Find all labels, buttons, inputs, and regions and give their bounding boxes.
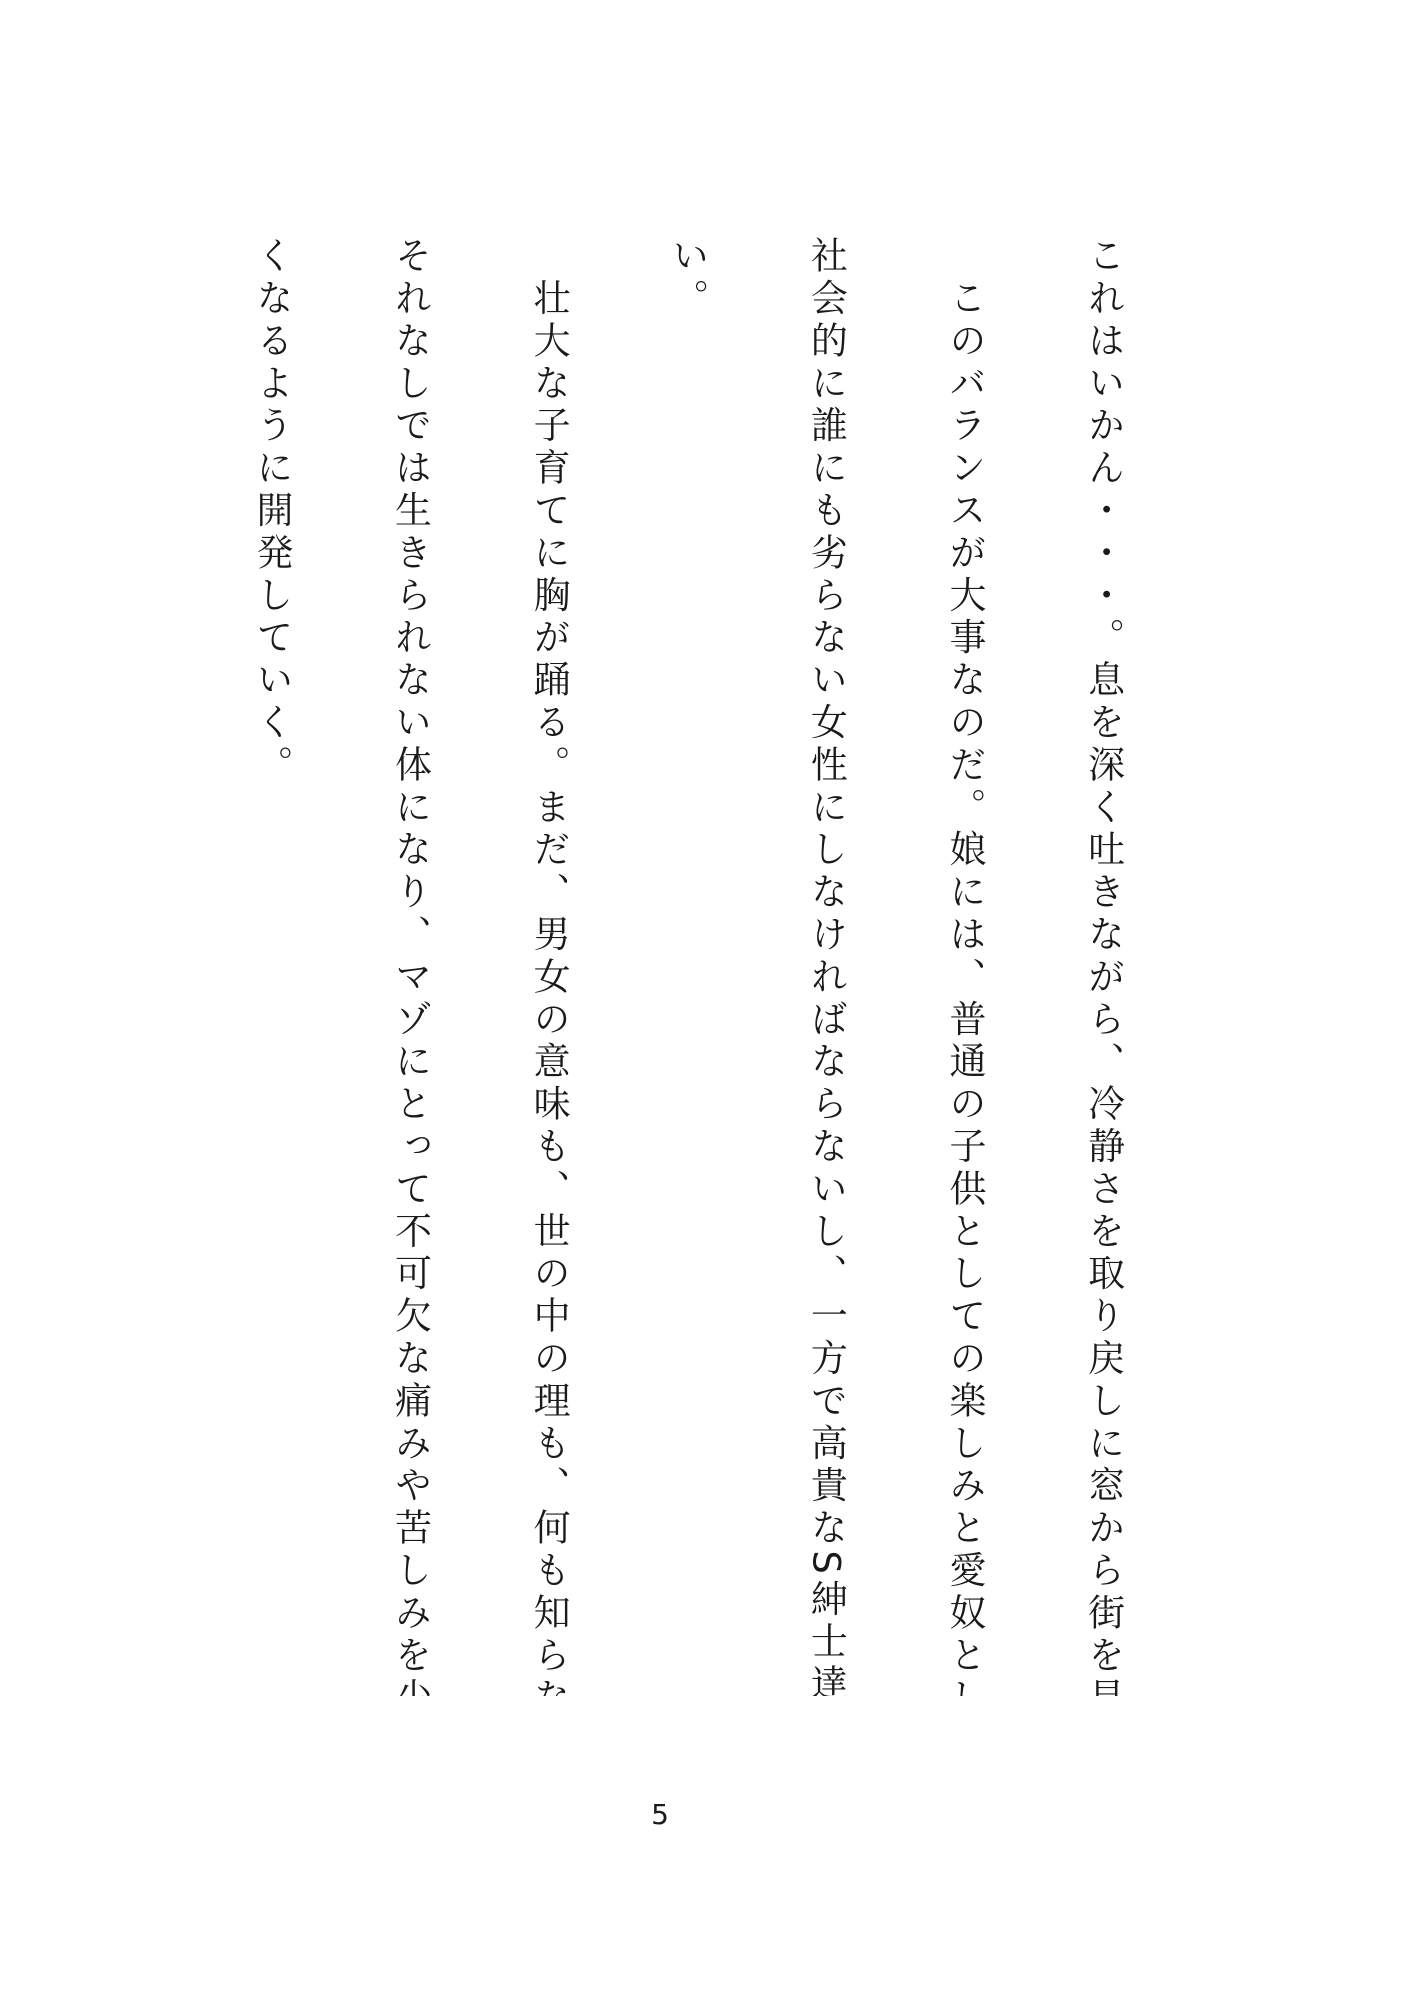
page-number: 5 [640,1798,680,1831]
vertical-text-body: これはいかん・・・。息を深く吐きながら、冷静さを取り戻しに窓から街を見下ろす。 … [158,236,1218,1696]
text-line: これはいかん・・・。息を深く吐きながら、冷静さを取り戻しに窓から街を見下ろす。 [1079,236,1125,1696]
text-line: くなるように開発していく。 [248,236,294,1696]
text-line: このバランスが大事なのだ。娘には、普通の子供としての楽しみと愛奴としての悦びの両… [941,236,987,1696]
text-line: 壮大な子育てに胸が踊る。まだ、男女の意味も、世の中の理も、何も知らない娘が、体の… [525,236,571,1696]
text-line: それなしでは生きられない体になり、マゾにとって不可欠な痛みや苦しみを少しずつ与え… [386,236,432,1696]
document-page: これはいかん・・・。息を深く吐きながら、冷静さを取り戻しに窓から街を見下ろす。 … [0,0,1410,2000]
text-line: 社会的に誰にも劣らない女性にしなければならないし、一方で高貴なS紳士達を悦ばす淫… [802,236,848,1696]
text-line: い。 [664,236,710,1696]
